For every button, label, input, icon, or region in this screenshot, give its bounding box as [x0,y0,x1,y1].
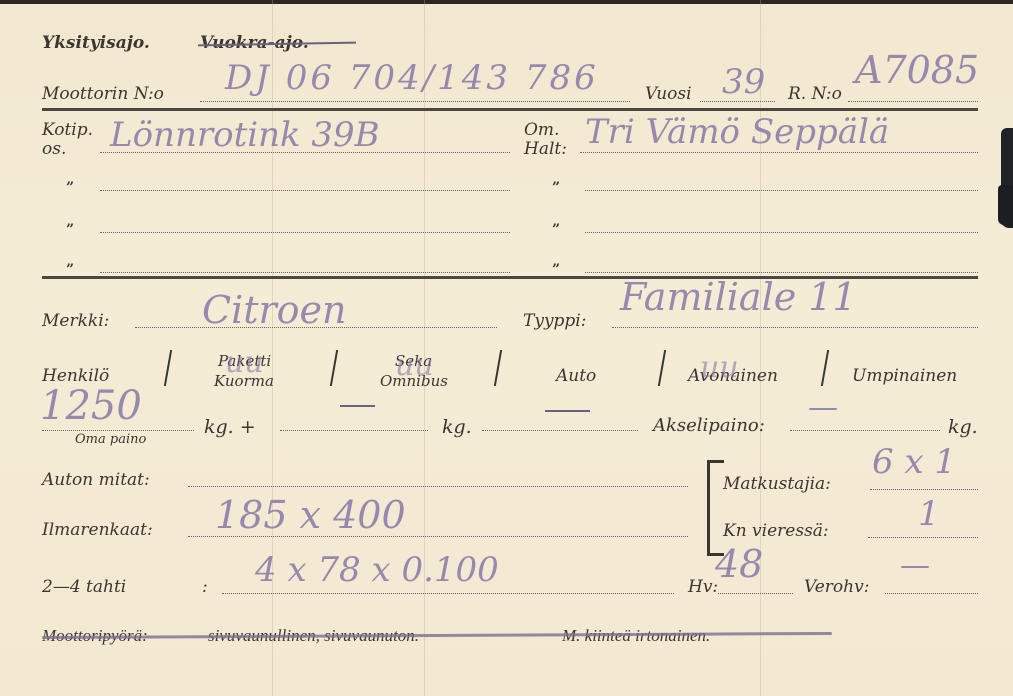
address-line [100,232,510,233]
stroke-value[interactable]: 4 x 78 x 0.100 [255,550,499,590]
engine-number-label: Moottorin N:o [42,84,164,104]
category-separator [330,350,338,386]
owner-label-2: Halt: [524,139,567,159]
tyres-label: Ilmarenkaat: [42,520,153,540]
address-line [100,272,510,273]
owner-value[interactable]: Tri Vämö Seppälä [585,112,889,152]
home-label-1: Kotip. [42,120,93,140]
handwritten-dash [545,410,590,412]
passengers-label: Matkustajia: [723,474,831,494]
section-divider [42,108,978,111]
make-value[interactable]: Citroen [202,288,347,332]
ditto-mark: ” [552,180,560,196]
footer-strikethrough [42,632,832,639]
handwritten-dash [340,405,375,407]
handwritten-mark: uu [395,348,434,383]
own-weight-value[interactable]: 1250 [40,383,142,429]
home-label-2: os. [42,139,66,159]
category-separator [164,350,172,386]
load-weight-line [280,430,428,431]
vehicle-registration-card: Yksityisajo. Vuokra-ajo. Moottorin N:o D… [0,0,1013,696]
owner-line [585,190,978,191]
category-separator [494,350,502,386]
horsepower-value[interactable]: 48 [715,542,763,586]
tax-horsepower-line [885,593,978,594]
stroke-colon: : [202,577,208,597]
engine-number-value[interactable]: DJ 06 704/143 786 [225,58,599,98]
category-auto: Auto [556,366,596,386]
ditto-mark: ” [66,180,74,196]
axle-weight-value[interactable]: — [808,390,838,425]
year-value[interactable]: 39 [722,62,765,102]
type-line [612,327,978,328]
tyres-value[interactable]: 185 x 400 [215,493,406,537]
ditto-mark: ” [66,222,74,238]
passengers-line [870,489,978,490]
owner-line [580,152,978,153]
dimensions-label: Auton mitat: [42,470,150,490]
torn-edge [998,185,1013,225]
beside-driver-value[interactable]: 1 [918,494,940,534]
paper-fold-line [760,0,761,696]
owner-line [585,232,978,233]
year-label: Vuosi [645,84,692,104]
handwritten-mark: uu [700,350,739,385]
stroke-line [222,593,674,594]
tax-horsepower-label: Verohv: [804,577,869,597]
category-separator [658,350,666,386]
stroke-label: 2—4 tahti [42,577,126,597]
kg-label: kg. [442,416,472,438]
horsepower-line [718,593,793,594]
dimensions-line [188,486,688,487]
category-closed: Umpinainen [852,366,957,386]
card-top-edge [0,0,1013,4]
reg-number-value[interactable]: A7085 [855,48,979,92]
private-use-label: Yksityisajo. [42,33,150,53]
reg-number-line [848,101,978,102]
reg-number-label: R. N:o [788,84,842,104]
owner-line [585,272,978,273]
category-separator [821,350,829,386]
own-weight-label: Oma paino [75,432,146,447]
axle-weight-label: Akselipaino: [653,415,765,436]
beside-driver-label: Kn vieressä: [723,521,829,541]
engine-number-line [200,101,630,102]
horsepower-label: Hv: [688,577,718,597]
beside-driver-line [868,537,978,538]
passengers-value[interactable]: 6 x 1 [872,442,956,482]
paper-fold-line [272,0,273,696]
own-weight-line [42,430,194,431]
address-line [100,190,510,191]
axle-kg-label: kg. [948,416,978,438]
type-value[interactable]: Familiale 11 [620,275,857,319]
ditto-mark: ” [552,222,560,238]
axle-weight-line [790,430,940,431]
make-label: Merkki: [42,311,109,331]
kg-plus-label: kg. + [204,416,256,438]
owner-label-1: Om. [524,120,559,140]
handwritten-mark: uu [225,345,264,380]
type-label: Tyyppi: [523,311,586,331]
tax-horsepower-value[interactable]: — [900,548,930,583]
address-value[interactable]: Lönnrotink 39B [110,115,380,155]
weight-line [482,430,638,431]
